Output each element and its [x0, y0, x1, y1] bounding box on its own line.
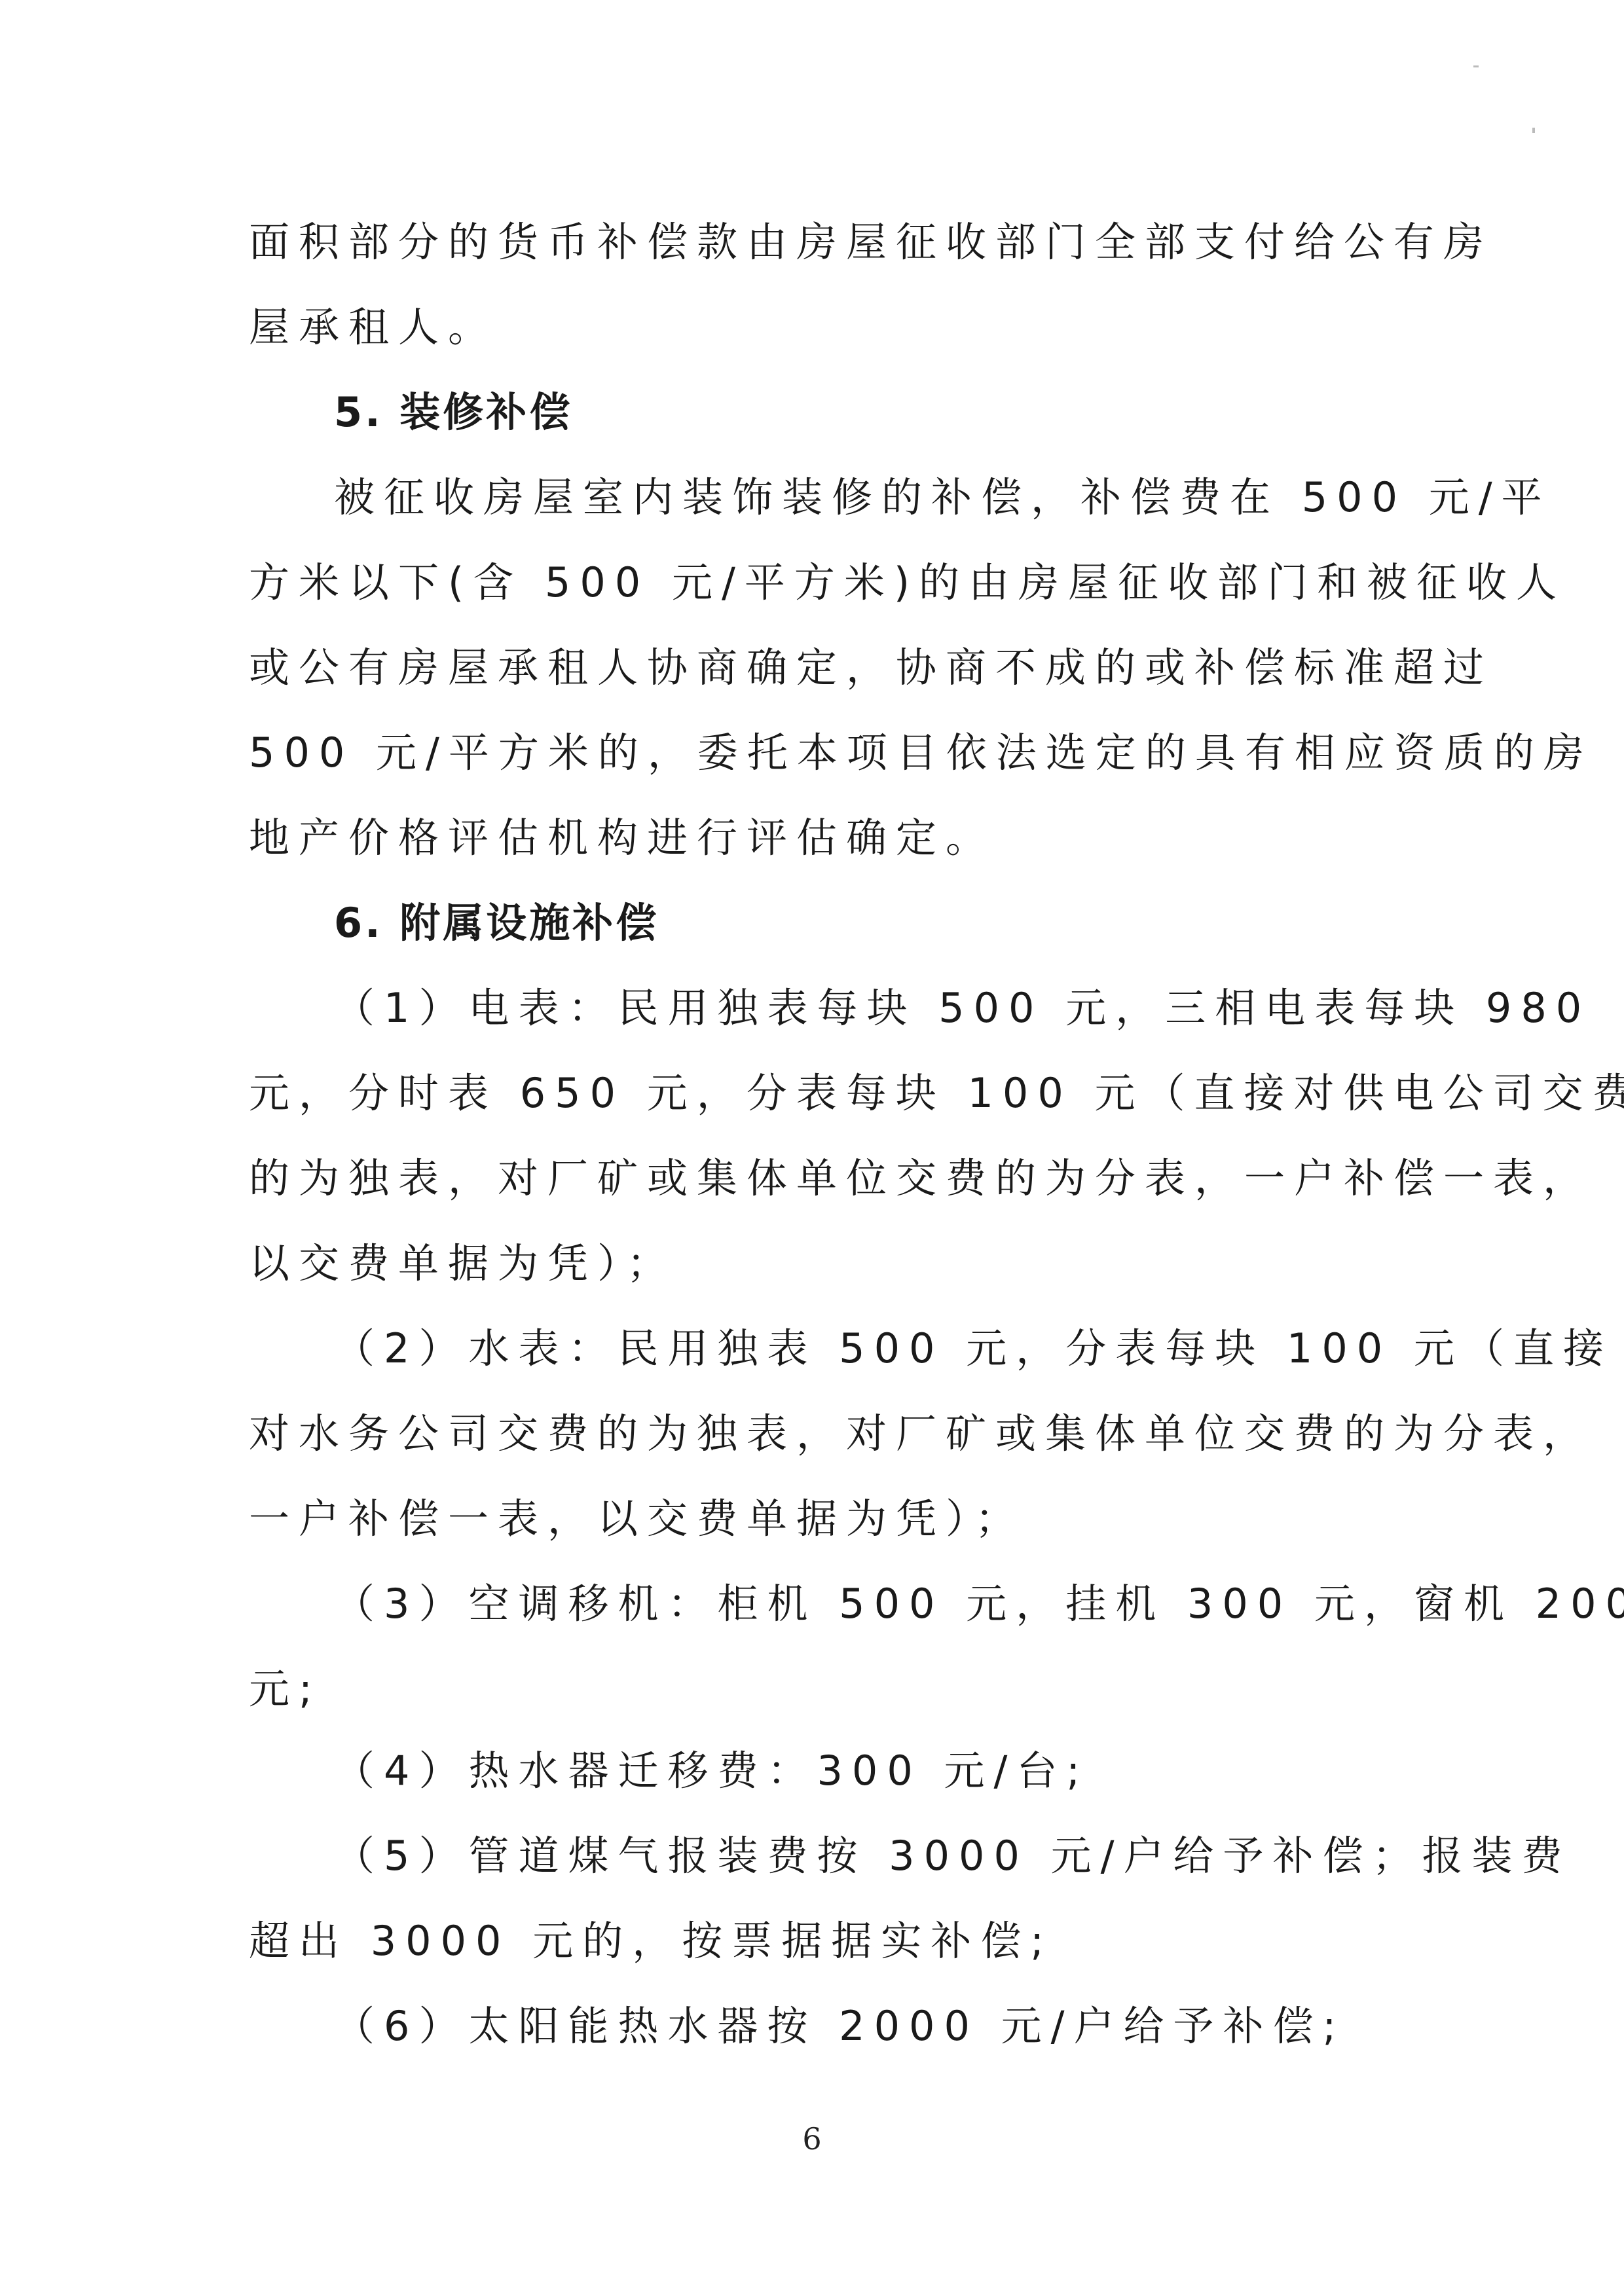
list-item-line: （4）热水器迁移费：300 元/台; — [334, 1745, 1388, 1797]
list-item-line: （6）太阳能热水器按 2000 元/户给予补偿; — [334, 2000, 1388, 2052]
list-item-line: （3）空调移机：柜机 500 元，挂机 300 元，窗机 200 — [334, 1578, 1388, 1630]
page-number: 6 — [0, 2121, 1624, 2157]
paragraph-line: 屋承租人。 — [249, 301, 1388, 354]
list-item-line: 超出 3000 元的，按票据据实补偿; — [249, 1915, 1388, 1967]
paragraph-line: 或公有房屋承租人协商确定，协商不成的或补偿标准超过 — [249, 642, 1388, 694]
section-heading-facilities: 6. 附属设施补偿 — [334, 897, 1388, 949]
document-page: 面积部分的货币补偿款由房屋征收部门全部支付给公有房 屋承租人。 5. 装修补偿 … — [0, 0, 1624, 2296]
list-item-line: 一户补偿一表，以交费单据为凭）； — [249, 1493, 1388, 1545]
scan-artifact — [1532, 128, 1535, 133]
paragraph-line: 500 元/平方米的，委托本项目依法选定的具有相应资质的房 — [249, 727, 1388, 779]
paragraph-line: 被征收房屋室内装饰装修的补偿，补偿费在 500 元/平 — [334, 471, 1388, 524]
paragraph-line: 面积部分的货币补偿款由房屋征收部门全部支付给公有房 — [249, 216, 1388, 268]
list-item-line: 的为独表，对厂矿或集体单位交费的为分表，一户补偿一表， — [249, 1152, 1388, 1205]
list-item-line: （5）管道煤气报装费按 3000 元/户给予补偿；报装费 — [334, 1830, 1388, 1882]
list-item-line: 元; — [249, 1663, 1388, 1715]
list-item-line: 元，分时表 650 元，分表每块 100 元（直接对供电公司交费 — [249, 1067, 1388, 1120]
list-item-line: （2）水表：民用独表 500 元，分表每块 100 元（直接 — [334, 1322, 1388, 1375]
scan-artifact — [1473, 65, 1479, 67]
list-item-line: 以交费单据为凭）； — [249, 1237, 1388, 1290]
list-item-line: （1）电表：民用独表每块 500 元，三相电表每块 980 — [334, 982, 1388, 1034]
paragraph-line: 地产价格评估机构进行评估确定。 — [249, 812, 1388, 864]
section-heading-decoration: 5. 装修补偿 — [334, 386, 1388, 439]
list-item-line: 对水务公司交费的为独表，对厂矿或集体单位交费的为分表， — [249, 1408, 1388, 1460]
paragraph-line: 方米以下(含 500 元/平方米)的由房屋征收部门和被征收人 — [249, 556, 1388, 609]
